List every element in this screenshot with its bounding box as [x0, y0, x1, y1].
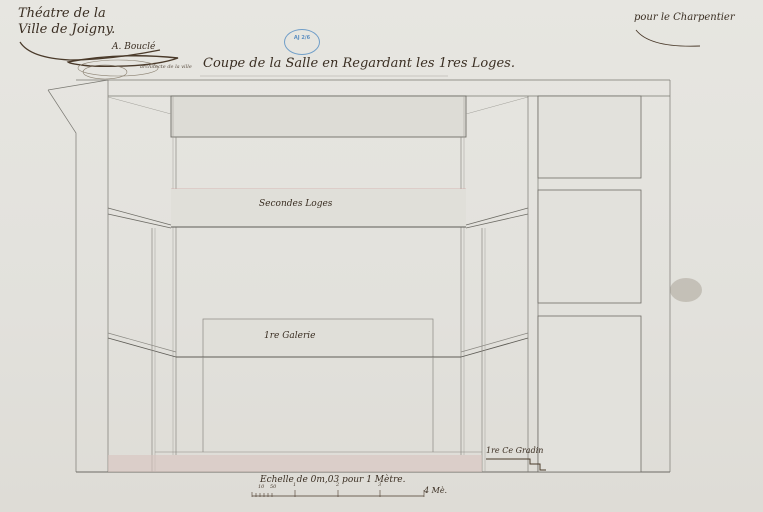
author-signature: A. Bouclé	[112, 42, 155, 52]
scale-end-label: 4 Mè.	[424, 486, 447, 495]
stamp-center-text: AJ 2/6	[285, 34, 319, 42]
section-drawing	[0, 0, 763, 512]
label-first-gallery: 1re Galerie	[264, 331, 315, 341]
scale-tick-label: 2	[336, 482, 339, 488]
label-second-loges: Secondes Loges	[259, 199, 332, 209]
annotation-charpentier: pour le Charpentier	[634, 12, 735, 23]
city-heading-line-2: Ville de Joigny.	[18, 22, 115, 38]
label-pit-step: 1re Ce Gradin	[486, 446, 543, 455]
scale-caption: Echelle de 0m,03 pour 1 Mètre.	[260, 475, 405, 485]
archive-stamp: AJ 2/6	[284, 29, 320, 55]
city-heading-line-1: Théatre de la	[18, 6, 115, 22]
drawing-title: Coupe de la Salle en Regardant les 1res …	[203, 56, 515, 71]
drawing-sheet: Théatre de la Ville de Joigny. A. Bouclé…	[0, 0, 763, 512]
city-heading: Théatre de la Ville de Joigny.	[18, 6, 115, 38]
author-caption: architecte de la ville	[140, 64, 192, 70]
scale-tick-label: 50	[270, 484, 276, 490]
scale-tick-label: 10	[258, 484, 264, 490]
scale-tick-label: 3	[378, 482, 381, 488]
scale-tick-label: 1	[293, 482, 296, 488]
